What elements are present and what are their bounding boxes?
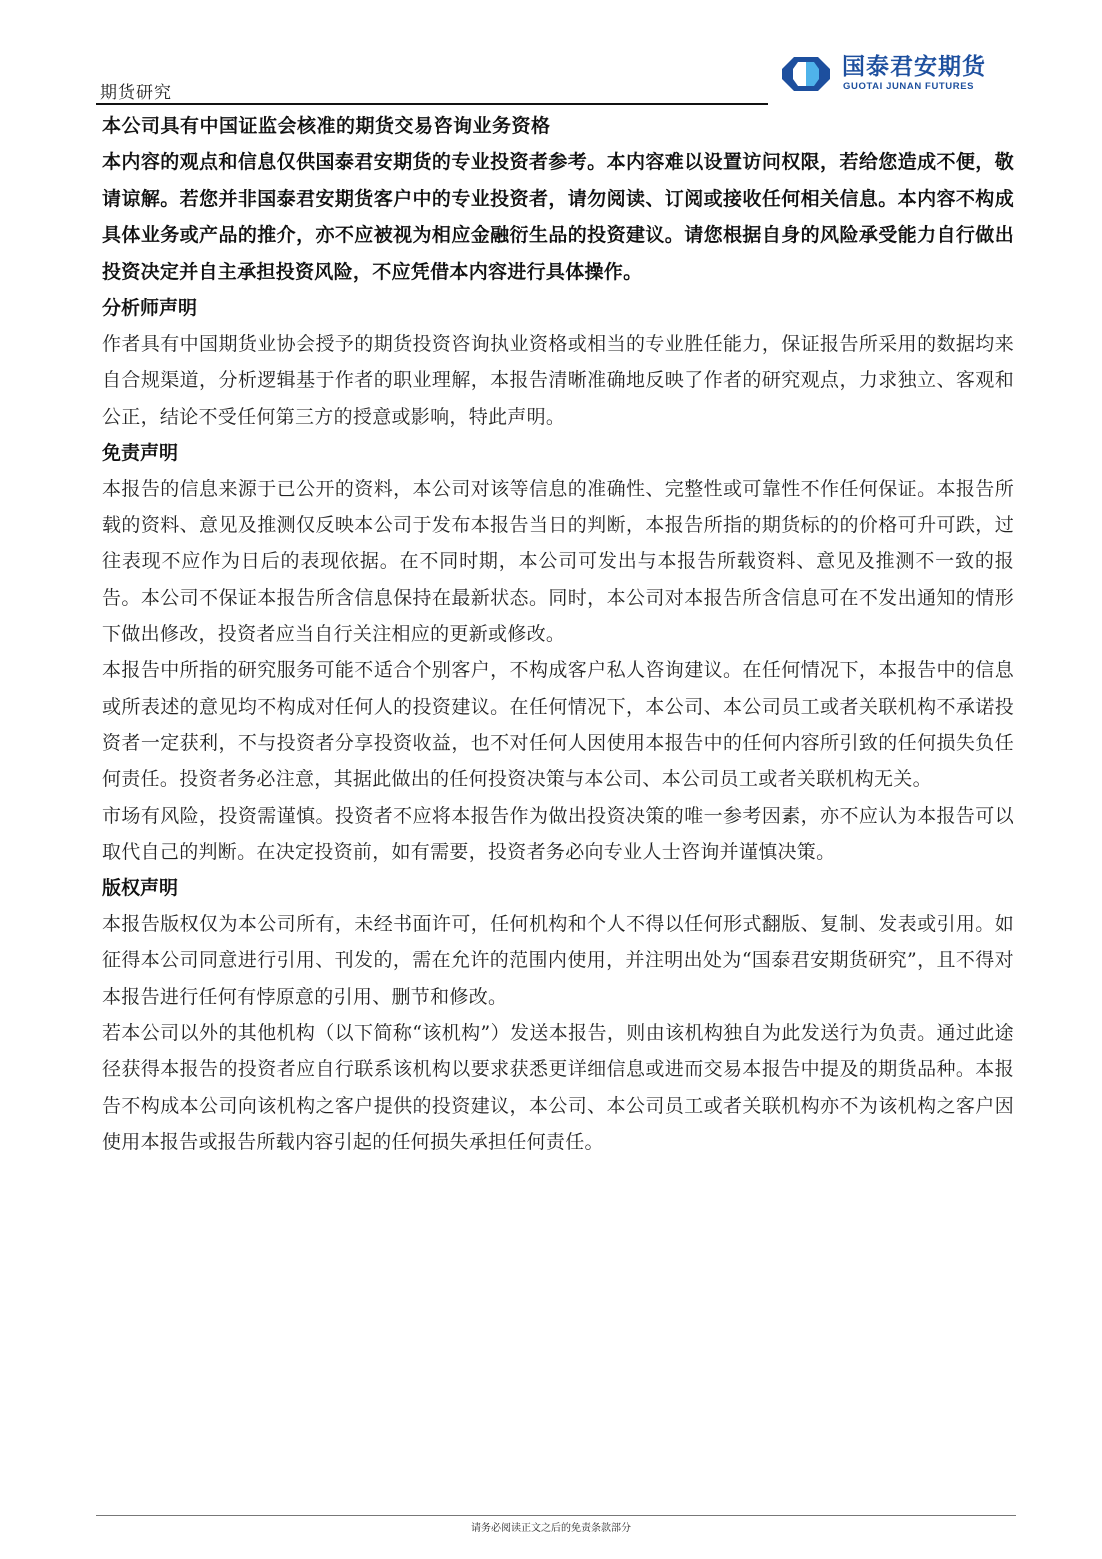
disclaimer-section: 免责声明 本报告的信息来源于已公开的资料，本公司对该等信息的准确性、完整性或可靠… [102, 435, 1014, 870]
header-section-label: 期货研究 [100, 78, 172, 103]
analyst-statement-section: 分析师声明 作者具有中国期货业协会授予的期货投资咨询执业资格或相当的专业胜任能力… [102, 290, 1014, 435]
logo-name-en: GUOTAI JUNAN FUTURES [843, 81, 974, 92]
analyst-statement-paragraph: 作者具有中国期货业协会授予的期货投资咨询执业资格或相当的专业胜任能力，保证报告所… [102, 326, 1014, 435]
logo-name-cn: 国泰君安期货 [842, 54, 986, 80]
copyright-section: 版权声明 本报告版权仅为本公司所有，未经书面许可，任何机构和个人不得以任何形式翻… [102, 870, 1014, 1160]
footer-divider [96, 1515, 1016, 1516]
section-title-copyright: 版权声明 [102, 870, 1014, 906]
company-logo: 国泰君安期货 GUOTAI JUNAN FUTURES [782, 54, 1012, 94]
copyright-paragraph-1: 本报告版权仅为本公司所有，未经书面许可，任何机构和个人不得以任何形式翻版、复制、… [102, 906, 1014, 1015]
copyright-paragraph-2: 若本公司以外的其他机构（以下简称“该机构”）发送本报告，则由该机构独自为此发送行… [102, 1015, 1014, 1160]
disclaimer-paragraph-3: 市场有风险，投资需谨慎。投资者不应将本报告作为做出投资决策的唯一参考因素，亦不应… [102, 798, 1014, 871]
disclaimer-paragraph-1: 本报告的信息来源于已公开的资料，本公司对该等信息的准确性、完整性或可靠性不作任何… [102, 471, 1014, 652]
section-title-analyst-statement: 分析师声明 [102, 290, 1014, 326]
section-title-disclaimer: 免责声明 [102, 435, 1014, 471]
document-body: 本公司具有中国证监会核准的期货交易咨询业务资格 本内容的观点和信息仅供国泰君安期… [102, 108, 1014, 1160]
qualification-title: 本公司具有中国证监会核准的期货交易咨询业务资格 [102, 108, 1014, 144]
disclaimer-paragraph-2: 本报告中所指的研究服务可能不适合个别客户，不构成客户私人咨询建议。在任何情况下，… [102, 652, 1014, 797]
footer-disclaimer-note: 请务必阅读正文之后的免责条款部分 [0, 1519, 1102, 1534]
professional-investor-notice: 本内容的观点和信息仅供国泰君安期货的专业投资者参考。本内容难以设置访问权限，若给… [102, 144, 1014, 290]
header-divider [96, 103, 768, 105]
guotai-junan-logo-icon [782, 57, 830, 91]
